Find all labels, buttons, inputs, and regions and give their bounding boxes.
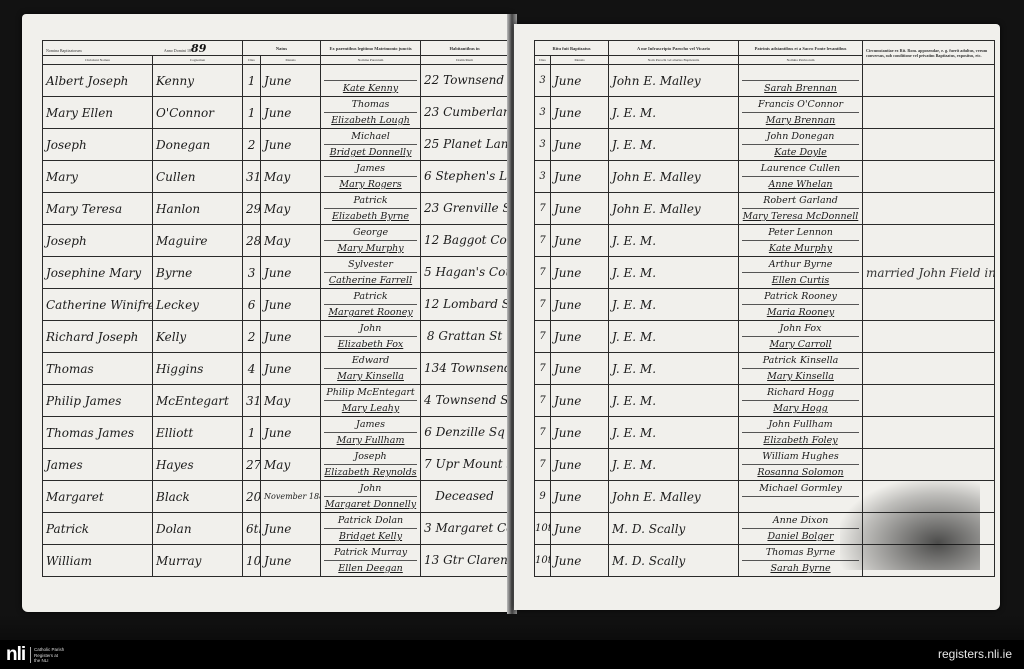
baptism-day: 7 [535, 257, 551, 289]
remarks [863, 129, 995, 161]
minister-name: J. E. M. [609, 417, 739, 449]
sponsors-cell: John DoneganKate Doyle [739, 129, 863, 161]
baptism-month: June [551, 161, 609, 193]
remarks [863, 385, 995, 417]
baptism-month: June [551, 385, 609, 417]
minister-name: J. E. M. [609, 289, 739, 321]
baptism-day: 9 [535, 481, 551, 513]
birth-day: 28 [243, 225, 261, 257]
register-entry-row: 9JuneJohn E. MalleyMichael Gormley [535, 481, 995, 513]
birth-month: May [261, 385, 321, 417]
child-surname: Kenny [153, 65, 243, 97]
right-register-page: Ritu fuit Baptizatus A me Infrascripto P… [514, 24, 1000, 610]
baptism-day: 10th [535, 513, 551, 545]
birth-month: May [261, 449, 321, 481]
child-surname: Byrne [153, 257, 243, 289]
col-header-sponsors: Patrinis adstantibus et a Sacro Fonte le… [739, 41, 863, 56]
sponsor-godmother [742, 497, 859, 512]
child-surname: Donegan [153, 129, 243, 161]
baptism-register-right-table: Ritu fuit Baptizatus A me Infrascripto P… [534, 40, 995, 577]
birth-day: 1 [243, 97, 261, 129]
child-christian-name: Joseph [43, 225, 153, 257]
sponsor-godmother: Kate Doyle [742, 145, 859, 160]
register-entry-row: Richard JosephKelly2JuneJohnElizabeth Fo… [43, 321, 509, 353]
register-entry-row: 3JuneJ. E. M.Francis O'ConnorMary Brenna… [535, 97, 995, 129]
footer-bar: nli Catholic Parish Registers at the NLI… [0, 640, 1024, 669]
col-header-bapt-day: Dies [535, 56, 551, 65]
sponsor-godfather: Patrick Rooney [742, 289, 859, 305]
child-surname: Black [153, 481, 243, 513]
child-surname: Murray [153, 545, 243, 577]
minister-name: J. E. M. [609, 449, 739, 481]
remarks [863, 353, 995, 385]
baptism-month: June [551, 353, 609, 385]
father-name: Sylvester [324, 257, 417, 273]
register-entry-row: 7JuneJ. E. M.John FullhamElizabeth Foley [535, 417, 995, 449]
sponsor-godfather: Thomas Byrne [742, 545, 859, 561]
child-surname: Hanlon [153, 193, 243, 225]
father-name: Edward [324, 353, 417, 369]
baptism-month: June [551, 481, 609, 513]
sponsor-godfather: Richard Hogg [742, 385, 859, 401]
sponsor-godmother: Maria Rooney [742, 305, 859, 320]
col-header-parents-names: Nomina Parentum [321, 56, 421, 65]
abode: 12 Baggot Court [421, 225, 509, 257]
baptism-day: 7 [535, 225, 551, 257]
parents-cell: JosephElizabeth Reynolds [321, 449, 421, 481]
mother-name: Mary Leahy [324, 401, 417, 416]
remarks [863, 161, 995, 193]
register-entry-row: 7JuneJ. E. M.Patrick RooneyMaria Rooney [535, 289, 995, 321]
remarks: married John Field in St Mary's Haddingt… [863, 257, 995, 289]
birth-month: June [261, 321, 321, 353]
child-christian-name: Philip James [43, 385, 153, 417]
sponsor-godfather: Arthur Byrne [742, 257, 859, 273]
parents-cell: PatrickElizabeth Byrne [321, 193, 421, 225]
baptism-day: 3 [535, 97, 551, 129]
parents-cell: MichaelBridget Donnelly [321, 129, 421, 161]
minister-name: John E. Malley [609, 193, 739, 225]
child-surname: Hayes [153, 449, 243, 481]
sponsors-cell: Peter LennonKate Murphy [739, 225, 863, 257]
birth-day: 31 [243, 385, 261, 417]
birth-month: May [261, 161, 321, 193]
register-entry-row: 7JuneJ. E. M.Arthur ByrneEllen Curtismar… [535, 257, 995, 289]
birth-day: 1 [243, 65, 261, 97]
baptism-month: June [551, 417, 609, 449]
abode: 13 Gtr Clarence Place [421, 545, 509, 577]
remarks [863, 513, 995, 545]
sponsors-cell: John FullhamElizabeth Foley [739, 417, 863, 449]
father-name: Patrick Murray [324, 545, 417, 561]
col-header-birth-day: Dies [243, 56, 261, 65]
baptism-day: 7 [535, 417, 551, 449]
register-entry-row: 10thJuneM. D. ScallyThomas ByrneSarah By… [535, 545, 995, 577]
sponsor-godmother: Kate Murphy [742, 241, 859, 256]
child-christian-name: Patrick [43, 513, 153, 545]
father-name: James [324, 161, 417, 177]
birth-month: June [261, 513, 321, 545]
birth-month: June [261, 353, 321, 385]
baptism-day: 7 [535, 353, 551, 385]
baptism-day: 3 [535, 161, 551, 193]
nli-logo[interactable]: nli [6, 646, 25, 664]
sponsor-godfather: John Donegan [742, 129, 859, 145]
baptism-month: June [551, 65, 609, 97]
child-christian-name: Mary Ellen [43, 97, 153, 129]
sponsor-godfather [742, 65, 859, 81]
sponsor-godfather: Laurence Cullen [742, 161, 859, 177]
abode: 23 Grenville St [421, 193, 509, 225]
remarks [863, 225, 995, 257]
father-name: John [324, 321, 417, 337]
remarks [863, 193, 995, 225]
child-christian-name: Thomas [43, 353, 153, 385]
baptism-day: 7 [535, 193, 551, 225]
birth-day: 1 [243, 417, 261, 449]
minister-name: J. E. M. [609, 97, 739, 129]
sponsors-cell: Sarah Brennan [739, 65, 863, 97]
child-surname: Maguire [153, 225, 243, 257]
sponsor-godfather: Robert Garland [742, 193, 859, 209]
sponsor-godmother: Ellen Curtis [742, 273, 859, 288]
register-entry-row: Catherine WinifredLeckey6JunePatrickMarg… [43, 289, 509, 321]
register-entry-row: Albert JosephKenny1JuneKate Kenny22 Town… [43, 65, 509, 97]
sponsors-cell: Arthur ByrneEllen Curtis [739, 257, 863, 289]
minister-name: J. E. M. [609, 129, 739, 161]
mother-name: Margaret Donnelly [324, 497, 417, 512]
child-surname: Cullen [153, 161, 243, 193]
child-surname: Higgins [153, 353, 243, 385]
baptism-month: June [551, 321, 609, 353]
sponsor-godmother: Anne Whelan [742, 177, 859, 192]
baptism-month: June [551, 513, 609, 545]
remarks [863, 97, 995, 129]
birth-month: June [261, 129, 321, 161]
child-surname: Leckey [153, 289, 243, 321]
col-header-sponsor-names: Nomina Patrinorum [739, 56, 863, 65]
birth-day: 3 [243, 257, 261, 289]
parents-cell: PatrickMargaret Rooney [321, 289, 421, 321]
child-christian-name: Mary Teresa [43, 193, 153, 225]
nli-caption: Catholic Parish Registers at the NLI [34, 647, 64, 664]
remarks [863, 481, 995, 513]
parents-cell: JamesMary Fullham [321, 417, 421, 449]
minister-name: John E. Malley [609, 481, 739, 513]
abode: 6 Denzille Sq [421, 417, 509, 449]
left-register-page: Nomina Baptizatorum Anno Domini 1889 Nat… [22, 14, 510, 612]
sponsor-godfather: Peter Lennon [742, 225, 859, 241]
birth-month: June [261, 545, 321, 577]
register-image-viewer[interactable]: Nomina Baptizatorum Anno Domini 1889 Nat… [0, 0, 1024, 640]
sponsor-godmother: Mary Kinsella [742, 369, 859, 384]
birth-month: June [261, 65, 321, 97]
col-header-christian-name: Christiani Nomen [43, 56, 153, 65]
remarks [863, 449, 995, 481]
register-entry-row: JosephMaguire28MayGeorgeMary Murphy12 Ba… [43, 225, 509, 257]
baptism-day: 10th [535, 545, 551, 577]
child-surname: Elliott [153, 417, 243, 449]
baptism-day: 3 [535, 65, 551, 97]
child-surname: McEntegart [153, 385, 243, 417]
register-entry-row: JamesHayes27MayJosephElizabeth Reynolds7… [43, 449, 509, 481]
birth-month: May [261, 225, 321, 257]
birth-day: 2 [243, 321, 261, 353]
mother-name: Elizabeth Lough [324, 113, 417, 128]
parents-cell: Patrick DolanBridget Kelly [321, 513, 421, 545]
remarks [863, 65, 995, 97]
col-header-remarks: Circumstantiae ex Rit. Rom. apposendae, … [863, 41, 995, 65]
register-entry-row: 3JuneJ. E. M.John DoneganKate Doyle [535, 129, 995, 161]
child-christian-name: Albert Joseph [43, 65, 153, 97]
mother-name: Margaret Rooney [324, 305, 417, 320]
sponsors-cell: William HughesRosanna Solomon [739, 449, 863, 481]
birth-month: June [261, 289, 321, 321]
register-entry-row: JosephDonegan2JuneMichaelBridget Donnell… [43, 129, 509, 161]
child-christian-name: Joseph [43, 129, 153, 161]
register-entry-row: Josephine MaryByrne3JuneSylvesterCatheri… [43, 257, 509, 289]
sponsor-godmother: Mary Brennan [742, 113, 859, 128]
birth-month: June [261, 97, 321, 129]
child-christian-name: James [43, 449, 153, 481]
minister-name: John E. Malley [609, 161, 739, 193]
birth-day: 31 [243, 161, 261, 193]
minister-name: J. E. M. [609, 257, 739, 289]
mother-name: Elizabeth Reynolds [324, 465, 417, 480]
abode: 6 Stephen's Lane [421, 161, 509, 193]
sponsors-cell: Laurence CullenAnne Whelan [739, 161, 863, 193]
parents-cell: GeorgeMary Murphy [321, 225, 421, 257]
sponsor-godfather: Michael Gormley [742, 481, 859, 497]
abode: 134 Townsend St [421, 353, 509, 385]
col-header-birth-month: Mensis [261, 56, 321, 65]
register-entry-row: 3JuneJohn E. MalleySarah Brennan [535, 65, 995, 97]
register-entry-row: 7JuneJ. E. M.Peter LennonKate Murphy [535, 225, 995, 257]
father-name: Joseph [324, 449, 417, 465]
col-header-natus: Natus [243, 41, 321, 56]
minister-name: M. D. Scally [609, 513, 739, 545]
sponsor-godfather: Francis O'Connor [742, 97, 859, 113]
col-header-minister: A me Infrascripto Parocho vel Vicario [609, 41, 739, 56]
mother-name: Bridget Kelly [324, 529, 417, 544]
mother-name: Elizabeth Byrne [324, 209, 417, 224]
baptism-day: 7 [535, 449, 551, 481]
site-link[interactable]: registers.nli.ie [938, 647, 1012, 661]
abode: 25 Planet Lane [421, 129, 509, 161]
baptism-month: June [551, 129, 609, 161]
sponsor-godfather: John Fox [742, 321, 859, 337]
minister-name: J. E. M. [609, 353, 739, 385]
col-header-bapt-month: Mensis [551, 56, 609, 65]
sponsors-cell: Michael Gormley [739, 481, 863, 513]
baptism-day: 7 [535, 321, 551, 353]
child-christian-name: Thomas James [43, 417, 153, 449]
register-entry-row: 7JuneJ. E. M.Richard HoggMary Hogg [535, 385, 995, 417]
father-name: James [324, 417, 417, 433]
minister-name: John E. Malley [609, 65, 739, 97]
abode: 22 Townsend St [421, 65, 509, 97]
mother-name: Mary Murphy [324, 241, 417, 256]
remarks [863, 417, 995, 449]
baptism-month: June [551, 449, 609, 481]
baptism-register-left-table: Nomina Baptizatorum Anno Domini 1889 Nat… [42, 40, 509, 577]
baptism-day: 7 [535, 289, 551, 321]
sponsors-cell: Anne DixonDaniel Bolger [739, 513, 863, 545]
sponsor-godfather: Anne Dixon [742, 513, 859, 529]
sponsor-godfather: William Hughes [742, 449, 859, 465]
sponsor-godmother: Rosanna Solomon [742, 465, 859, 480]
minister-name: M. D. Scally [609, 545, 739, 577]
remarks [863, 321, 995, 353]
parents-cell: JamesMary Rogers [321, 161, 421, 193]
abode: 12 Lombard St [421, 289, 509, 321]
parents-cell: EdwardMary Kinsella [321, 353, 421, 385]
child-christian-name: Catherine Winifred [43, 289, 153, 321]
sponsors-cell: Thomas ByrneSarah Byrne [739, 545, 863, 577]
register-entry-row: Thomas JamesElliott1JuneJamesMary Fullha… [43, 417, 509, 449]
sponsor-godfather: Patrick Kinsella [742, 353, 859, 369]
birth-day: 4 [243, 353, 261, 385]
sponsor-godmother: Mary Carroll [742, 337, 859, 352]
register-entry-row: ThomasHiggins4JuneEdwardMary Kinsella134… [43, 353, 509, 385]
father-name: Patrick [324, 289, 417, 305]
birth-month: June [261, 257, 321, 289]
sponsors-cell: Francis O'ConnorMary Brennan [739, 97, 863, 129]
abode: Deceased [421, 481, 509, 513]
parents-cell: ThomasElizabeth Lough [321, 97, 421, 129]
mother-name: Elizabeth Fox [324, 337, 417, 352]
minister-name: J. E. M. [609, 225, 739, 257]
birth-day: 6th [243, 513, 261, 545]
birth-day: 20 [243, 481, 261, 513]
register-entry-row: 7JuneJohn E. MalleyRobert GarlandMary Te… [535, 193, 995, 225]
minister-name: J. E. M. [609, 385, 739, 417]
father-name: Patrick [324, 193, 417, 209]
sponsor-godmother: Daniel Bolger [742, 529, 859, 544]
parents-cell: Philip McEntegartMary Leahy [321, 385, 421, 417]
register-entry-row: 3JuneJohn E. MalleyLaurence CullenAnne W… [535, 161, 995, 193]
register-entry-row: WilliamMurray10thJunePatrick MurrayEllen… [43, 545, 509, 577]
birth-day: 29 [243, 193, 261, 225]
mother-name: Ellen Deegan [324, 561, 417, 576]
sponsors-cell: Richard HoggMary Hogg [739, 385, 863, 417]
register-entry-row: 7JuneJ. E. M.John FoxMary Carroll [535, 321, 995, 353]
baptism-day: 3 [535, 129, 551, 161]
register-entry-row: MargaretBlack20November 1884JohnMargaret… [43, 481, 509, 513]
col-header-minister-name: Nom Parochi vel alterius Baptizantis [609, 56, 739, 65]
remarks [863, 289, 995, 321]
abode: 3 Margaret Cottages [421, 513, 509, 545]
sponsor-godmother: Mary Teresa McDonnell [742, 209, 859, 224]
col-header-parents: Ex parentibus legitimo Matrimonio juncti… [321, 41, 421, 56]
father-name: Michael [324, 129, 417, 145]
sponsor-godfather: John Fullham [742, 417, 859, 433]
abode: 8 Grattan St [421, 321, 509, 353]
child-christian-name: Margaret [43, 481, 153, 513]
sponsors-cell: Robert GarlandMary Teresa McDonnell [739, 193, 863, 225]
parents-cell: Patrick MurrayEllen Deegan [321, 545, 421, 577]
baptism-day: 7 [535, 385, 551, 417]
father-name: George [324, 225, 417, 241]
child-christian-name: William [43, 545, 153, 577]
baptism-month: June [551, 289, 609, 321]
father-name: Thomas [324, 97, 417, 113]
baptism-month: June [551, 545, 609, 577]
year-header: Nomina Baptizatorum Anno Domini 1889 [43, 41, 243, 56]
abode: 23 Cumberland St [421, 97, 509, 129]
birth-day: 6 [243, 289, 261, 321]
parents-cell: JohnMargaret Donnelly [321, 481, 421, 513]
sponsors-cell: Patrick RooneyMaria Rooney [739, 289, 863, 321]
sponsor-godmother: Sarah Brennan [742, 81, 859, 96]
col-header-abode: Habitantibus in [421, 41, 509, 56]
sponsors-cell: John FoxMary Carroll [739, 321, 863, 353]
register-entry-row: MaryCullen31MayJamesMary Rogers6 Stephen… [43, 161, 509, 193]
year-handwritten: 89 [191, 42, 206, 55]
register-entry-row: Philip JamesMcEntegart31MayPhilip McEnte… [43, 385, 509, 417]
parents-cell: SylvesterCatherine Farrell [321, 257, 421, 289]
parents-cell: JohnElizabeth Fox [321, 321, 421, 353]
minister-name: J. E. M. [609, 321, 739, 353]
parents-cell: Kate Kenny [321, 65, 421, 97]
mother-name: Kate Kenny [324, 81, 417, 96]
father-name: John [324, 481, 417, 497]
baptism-month: June [551, 193, 609, 225]
abode: 7 Upr Mount St [421, 449, 509, 481]
birth-day: 2 [243, 129, 261, 161]
mother-name: Mary Kinsella [324, 369, 417, 384]
register-entry-row: Mary EllenO'Connor1JuneThomasElizabeth L… [43, 97, 509, 129]
baptism-month: June [551, 225, 609, 257]
register-entry-row: 7JuneJ. E. M.William HughesRosanna Solom… [535, 449, 995, 481]
baptism-month: June [551, 97, 609, 129]
sponsor-godmother: Mary Hogg [742, 401, 859, 416]
sponsor-godmother: Sarah Byrne [742, 561, 859, 576]
mother-name: Bridget Donnelly [324, 145, 417, 160]
child-surname: Kelly [153, 321, 243, 353]
col-header-domicile: Domicilium [421, 56, 509, 65]
birth-month: November 1884 [261, 481, 321, 513]
col-header-baptism: Ritu fuit Baptizatus [535, 41, 609, 56]
mother-name: Mary Rogers [324, 177, 417, 192]
abode: 5 Hagan's Court [421, 257, 509, 289]
mother-name: Mary Fullham [324, 433, 417, 448]
remarks [863, 545, 995, 577]
child-christian-name: Richard Joseph [43, 321, 153, 353]
father-name [324, 65, 417, 81]
sponsor-godmother: Elizabeth Foley [742, 433, 859, 448]
father-name: Philip McEntegart [324, 385, 417, 401]
abode: 4 Townsend St [421, 385, 509, 417]
child-christian-name: Josephine Mary [43, 257, 153, 289]
child-surname: O'Connor [153, 97, 243, 129]
child-christian-name: Mary [43, 161, 153, 193]
birth-day: 27 [243, 449, 261, 481]
baptism-month: June [551, 257, 609, 289]
child-surname: Dolan [153, 513, 243, 545]
father-name: Patrick Dolan [324, 513, 417, 529]
col-header-surname: Cognomen [153, 56, 243, 65]
register-entry-row: 7JuneJ. E. M.Patrick KinsellaMary Kinsel… [535, 353, 995, 385]
mother-name: Catherine Farrell [324, 273, 417, 288]
register-entry-row: Mary TeresaHanlon29MayPatrickElizabeth B… [43, 193, 509, 225]
register-entry-row: PatrickDolan6thJunePatrick DolanBridget … [43, 513, 509, 545]
birth-month: May [261, 193, 321, 225]
sponsors-cell: Patrick KinsellaMary Kinsella [739, 353, 863, 385]
register-entry-row: 10thJuneM. D. ScallyAnne DixonDaniel Bol… [535, 513, 995, 545]
birth-day: 10th [243, 545, 261, 577]
birth-month: June [261, 417, 321, 449]
